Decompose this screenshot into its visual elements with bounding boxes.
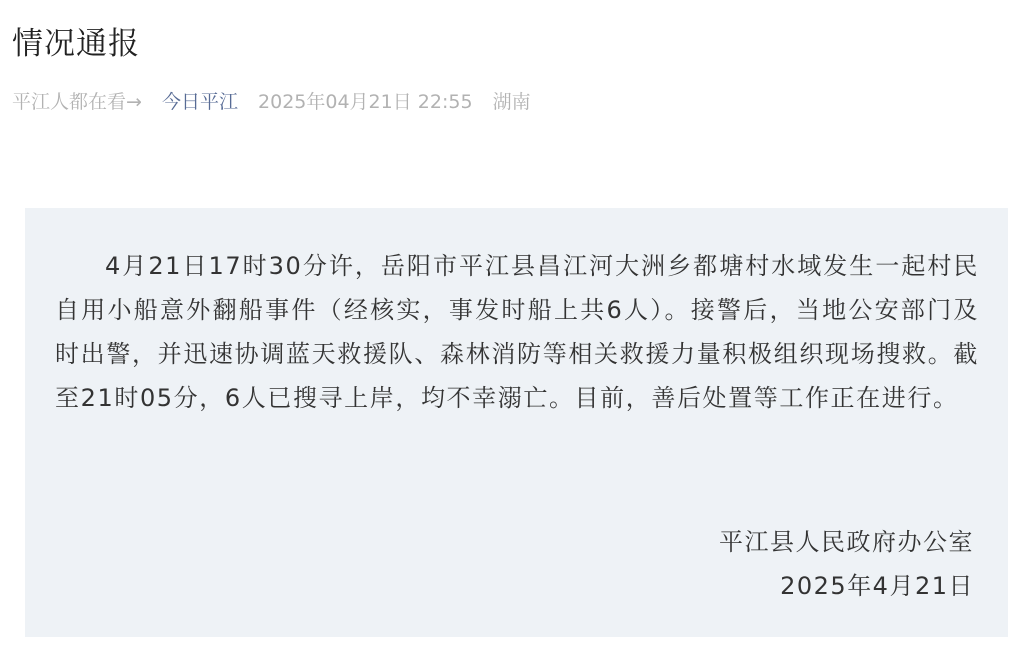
issuer: 平江县人民政府办公室 <box>719 520 974 564</box>
article-meta: 平江人都在看→ 今日平江 2025年04月21日 22:55 湖南 <box>12 88 545 116</box>
recommend-link[interactable]: 平江人都在看→ <box>12 91 142 113</box>
article-title: 情况通报 <box>12 22 140 66</box>
publish-location: 湖南 <box>493 91 531 113</box>
notice-body: 4月21日17时30分许，岳阳市平江县昌江河大洲乡都塘村水域发生一起村民自用小船… <box>55 244 979 420</box>
publish-datetime: 2025年04月21日 22:55 <box>258 91 473 113</box>
source-account-link[interactable]: 今日平江 <box>162 91 238 113</box>
notice-signature: 平江县人民政府办公室 2025年4月21日 <box>719 520 974 608</box>
issue-date: 2025年4月21日 <box>719 564 974 608</box>
notice-panel: 4月21日17时30分许，岳阳市平江县昌江河大洲乡都塘村水域发生一起村民自用小船… <box>25 208 1008 637</box>
